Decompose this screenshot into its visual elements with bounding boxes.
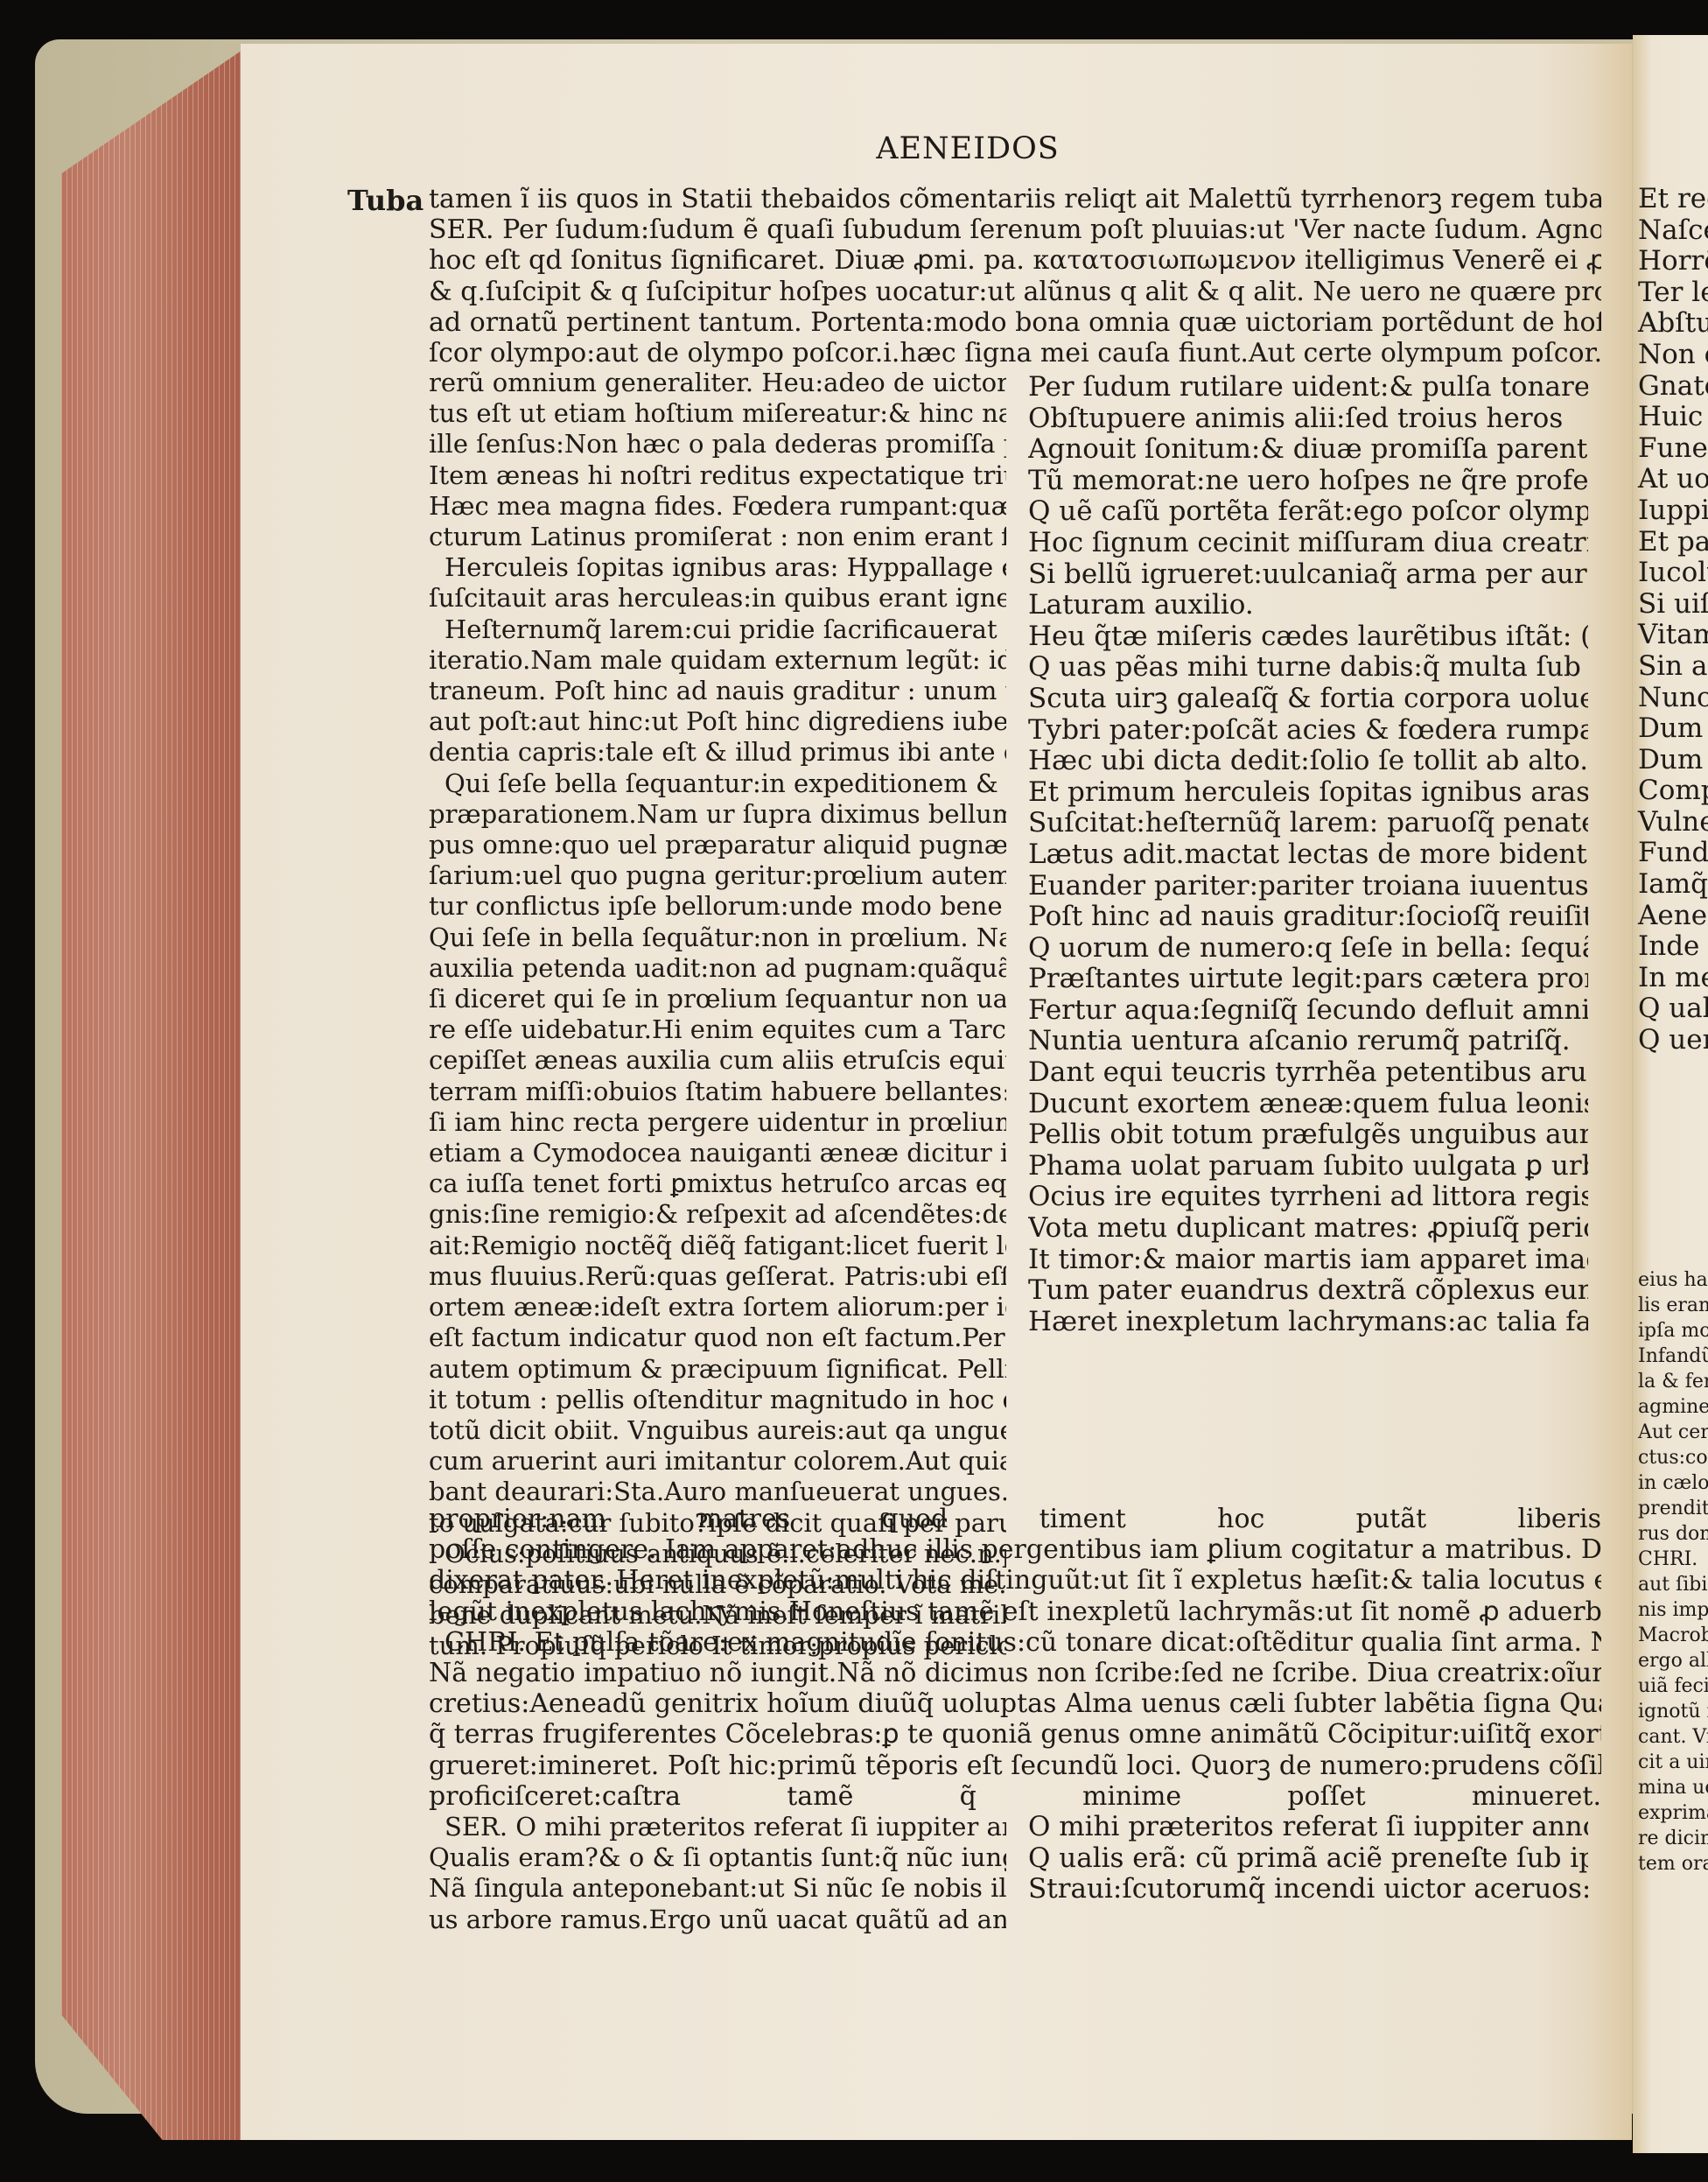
text-line: & q.ſuſcipit & q ſuſcipitur hoſpes uocat…: [429, 277, 1601, 307]
verse-line: Ocius ire equites tyrrheni ad littora re…: [1028, 1182, 1588, 1213]
verse-line: O mihi præteritos referat ſi iuppiter an…: [1028, 1812, 1588, 1843]
commentary-line: it totum : pellis oſtenditur magnitudo i…: [429, 1385, 1006, 1415]
facing-verse-line: Dum te: [1633, 745, 1708, 776]
facing-verse-line: Q uem: [1633, 1025, 1708, 1056]
verse-line: Q uẽ caſũ portẽta ferãt:ego poſcor olymp…: [1028, 496, 1588, 528]
text-line: dixerat pater. Heret inexpletũ:multi hic…: [429, 1565, 1601, 1596]
text-line: SER. Per ſudum:ſudum ẽ quaſi ſubudum ſer…: [429, 214, 1601, 245]
verse-line: Euander pariter:pariter troiana iuuentus…: [1028, 871, 1588, 902]
facing-verse-line: Q ual: [1633, 993, 1708, 1025]
commentary-line: tus eſt ut etiam hoſtium miſereatur:& hi…: [429, 398, 1006, 429]
facing-commentary-line: in cælo h: [1633, 1470, 1708, 1496]
commentary-line: auxilia petenda uadit:non ad pugnam:quãq…: [429, 953, 1006, 984]
verse-line: It timor:& maior martis iam apparet imag…: [1028, 1245, 1588, 1276]
facing-commentary-line: uiã feciſſe: [1633, 1673, 1708, 1699]
verse-line: Fertur aqua:ſegniſq̃ ſecundo defluit amn…: [1028, 995, 1588, 1027]
commentary-line: pus omne:quo uel præparatur aliquid pugn…: [429, 830, 1006, 860]
commentary-bottom-left: SER. O mihi præteritos referat ſi iuppit…: [429, 1812, 1006, 1935]
verse-line: Hoc ſignum cecinit miſſuram diua creatri…: [1028, 528, 1588, 559]
facing-verse-line: Naſce: [1633, 215, 1708, 247]
text-line: tamen ĩ iis quos in Statii thebaidos cõm…: [429, 184, 1601, 214]
commentary-left-column: rerũ omnium generaliter. Heu:adeo de uic…: [429, 368, 1006, 1662]
commentary-line: dentia capris:tale eſt & illud primus ib…: [429, 737, 1006, 768]
facing-verse-line: Abſtul: [1633, 308, 1708, 340]
commentary-line: ſarium:uel quo pugna geritur:prœlium aut…: [429, 860, 1006, 891]
commentary-line: cturum Latinus promiſerat : non enim era…: [429, 522, 1006, 552]
facing-commentary-line: aut ſibi r: [1633, 1572, 1708, 1597]
verse-line: Hæret inexpletum lachrymans:ac talia fat…: [1028, 1307, 1588, 1338]
verse-line: Q uas pẽas mihi turne dabis:q̃ multa ſub…: [1028, 652, 1588, 684]
facing-page-fragment: Et regeNaſceHorrẽTer letAbſtulNon egGnat…: [1633, 35, 1708, 2153]
commentary-line: Item æneas hi noſtri reditus expectatiqu…: [429, 460, 1006, 491]
verse-line: Obſtupuere animis alii:ſed troius heros: [1028, 403, 1588, 435]
facing-verse-line: Nunc r: [1633, 683, 1708, 714]
verse-line: Q uorum de numero:q ſeſe in bella: ſequã…: [1028, 933, 1588, 965]
commentary-line: iteratio.Nam male quidam externum legũt:…: [429, 645, 1006, 676]
facing-verse-line: Et patr: [1633, 527, 1708, 558]
facing-verse-line: Non eg: [1633, 340, 1708, 371]
commentary-line: ſuſcitauit aras herculeas:in quibus eran…: [429, 583, 1006, 614]
commentary-line: re eſſe uidebatur.Hi enim equites cum a …: [429, 1014, 1006, 1045]
text-line: ad ornatũ pertinent tantum. Portenta:mod…: [429, 307, 1601, 338]
commentary-line: autem optimum & præcipuum ſignificat. Pe…: [429, 1354, 1006, 1385]
facing-verse-line: Iucolut: [1633, 558, 1708, 589]
verse-line: Præſtantes uirtute legit:pars cætera pro…: [1028, 964, 1588, 995]
facing-verse-line: Huic c: [1633, 402, 1708, 433]
commentary-line: mus fluuius.Rerũ:quas geſſerat. Patris:u…: [429, 1261, 1006, 1292]
commentary-middle-block: proprior:nam matres quod timent hoc putã…: [429, 1504, 1601, 1812]
facing-commentary-line: tem orat: [1633, 1851, 1708, 1877]
facing-commentary-line: eius hab: [1633, 1267, 1708, 1293]
facing-commentary-line: agmine p: [1633, 1394, 1708, 1420]
commentary-line: Heſternumq̃ larem:cui pridie ſacrificaue…: [429, 614, 1006, 645]
commentary-line: ſi iam hinc recta pergere uidentur in pr…: [429, 1107, 1006, 1138]
commentary-line: Nã ſingula anteponebant:ut Si nũc ſe nob…: [429, 1873, 1006, 1904]
commentary-line: Qui ſeſe bella ſequantur:in expeditionem…: [429, 768, 1006, 799]
verse-line: Laturam auxilio.: [1028, 590, 1588, 621]
red-fore-edge: [61, 48, 245, 2140]
text-line: proprior:nam matres quod timent hoc putã…: [429, 1504, 1601, 1534]
text-line: poſſe contingere. Iam apparet:adhuc illi…: [429, 1534, 1601, 1565]
commentary-line: gnis:ſine remigio:& reſpexit ad aſcendẽt…: [429, 1199, 1006, 1230]
commentary-line: Herculeis ſopitas ignibus aras: Hyppalla…: [429, 552, 1006, 583]
commentary-line: rerũ omnium generaliter. Heu:adeo de uic…: [429, 368, 1006, 398]
verse-line: Heu q̃tæ miſeris cædes laurẽtibus iſtãt:…: [1028, 621, 1588, 653]
facing-verse-line: Sin alic: [1633, 651, 1708, 683]
facing-verse-line: Ter let: [1633, 277, 1708, 309]
facing-verse-line: Aeneas: [1633, 901, 1708, 932]
commentary-line: SER. O mihi præteritos referat ſi iuppit…: [429, 1812, 1006, 1842]
commentary-line: Qui ſeſe in bella ſequãtur:non in prœliu…: [429, 923, 1006, 953]
commentary-line: ille ſenſus:Non hæc o pala dederas promi…: [429, 429, 1006, 460]
facing-commentary-line: exprimat: [1633, 1800, 1708, 1826]
verse-line: Lætus adit.mactat lectas de more bidente…: [1028, 839, 1588, 871]
facing-verse-line: Vulne: [1633, 807, 1708, 838]
text-line: q̃ terras frugiferentes Cõcelebras:ꝑ te …: [429, 1719, 1601, 1750]
verse-line: Per ſudum rutilare uident:& pulſa tonare…: [1028, 372, 1588, 403]
commentary-line: Hæc mea magna fides. Fœdera rumpant:quæ …: [429, 491, 1006, 522]
facing-verse-line: Iuppite: [1633, 495, 1708, 527]
facing-commentary-line: re dicim: [1633, 1826, 1708, 1851]
facing-commentary-line: CHRI.: [1633, 1547, 1708, 1572]
commentary-line: ait:Remigio noctẽq̃ diẽq̃ fatigant:licet…: [429, 1231, 1006, 1261]
text-line: hoc eſt qd ſonitus ſignificaret. Diuæ ꝓm…: [429, 245, 1601, 276]
facing-verse-line: At uos: [1633, 464, 1708, 495]
commentary-line: cum aruerint auri imitantur colorem.Aut …: [429, 1446, 1006, 1477]
facing-commentary-line: prenditur: [1633, 1496, 1708, 1521]
facing-commentary-line: Aut certe: [1633, 1420, 1708, 1445]
verse-line: Tũ memorat:ne uero hoſpes ne q̃re profec…: [1028, 466, 1588, 497]
verse-line: Agnouit ſonitum:& diuæ promiſſa parentis…: [1028, 434, 1588, 466]
facing-verse-line: Funera: [1633, 433, 1708, 465]
commentary-top-block: tamen ĩ iis quos in Statii thebaidos cõm…: [429, 184, 1601, 368]
verse-line: Vota metu duplicant matres: ꝓpiuſq̃ peri…: [1028, 1213, 1588, 1245]
facing-verse-line: Vitam: [1633, 620, 1708, 651]
facing-commentary-line: mina ueſ: [1633, 1775, 1708, 1800]
commentary-line: eſt factum indicatur quod non eſt factum…: [429, 1323, 1006, 1353]
verse-line: Tum pater euandrus dextrã cõplexus eunti…: [1028, 1275, 1588, 1307]
facing-verse-line: Inde al: [1633, 931, 1708, 963]
facing-verse-line: Funde: [1633, 838, 1708, 869]
commentary-line: etiam a Cymodocea nauiganti æneæ dicitur…: [429, 1138, 1006, 1168]
facing-commentary-lines: eius hablis eramipſa monInfandũla & fera…: [1633, 1267, 1708, 1877]
verse-line: Pellis obit totum præfulgẽs unguibus aur…: [1028, 1119, 1588, 1151]
commentary-line: tur conflictus ipſe bellorum:unde modo b…: [429, 891, 1006, 922]
facing-verse-line: Gnate: [1633, 371, 1708, 403]
verse-line: Si bellũ igrueret:uulcaniaq̃ arma per au…: [1028, 559, 1588, 591]
facing-commentary-line: cit a uiro: [1633, 1750, 1708, 1775]
text-line: proficiſceret:caſtra tamẽ q̃ minime poſſ…: [429, 1781, 1601, 1812]
verse-right-column: Per ſudum rutilare uident:& pulſa tonare…: [1028, 372, 1588, 1337]
verse-line: Nuntia uentura aſcanio rerumq̃ patriſq̃.: [1028, 1026, 1588, 1057]
verse-line: Phama uolat paruam ſubito uulgata ꝑ urbẽ: [1028, 1151, 1588, 1182]
commentary-line: Qualis eram?& o & ſi optantis ſunt:q̃ nũ…: [429, 1842, 1006, 1873]
facing-verse-line: Et rege: [1633, 184, 1708, 215]
facing-commentary-line: la & fera:: [1633, 1369, 1708, 1394]
commentary-line: totũ dicit obiit. Vnguibus aureis:aut qa…: [429, 1415, 1006, 1446]
verse-line: Straui:ſcutorumq̃ incendi uictor aceruos…: [1028, 1874, 1588, 1905]
commentary-line: ca iuſſa tenet forti ꝑmixtus hetruſco ar…: [429, 1168, 1006, 1199]
verse-line: Dant equi teucris tyrrhẽa petentibus aru…: [1028, 1057, 1588, 1089]
running-head: AENEIDOS: [0, 131, 1708, 166]
commentary-line: cepiſſet æneas auxilia cum aliis etruſci…: [429, 1045, 1006, 1076]
verse-line: Tybri pater:poſcãt acies & fœdera rumpan…: [1028, 715, 1588, 747]
facing-verse-line: In med: [1633, 963, 1708, 994]
facing-verse-lines: Et regeNaſceHorrẽTer letAbſtulNon egGnat…: [1633, 184, 1708, 1056]
text-line: ſcor olympo:aut de olympo poſcor.i.hæc ſ…: [429, 338, 1601, 368]
verse-line: Ducunt exortem æneæ:quem fulua leonis: [1028, 1089, 1588, 1120]
verse-line: Q ualis erã: cũ primã aciẽ preneſte ſub …: [1028, 1843, 1588, 1875]
facing-commentary-line: Macrobi: [1633, 1623, 1708, 1648]
commentary-line: ortem æneæ:ideſt extra ſortem aliorum:pe…: [429, 1292, 1006, 1323]
text-line: Nã negatio impatiuo nõ iungit.Nã nõ dici…: [429, 1658, 1601, 1688]
verse-bottom-right: O mihi præteritos referat ſi iuppiter an…: [1028, 1812, 1588, 1905]
facing-commentary-line: lis eram: [1633, 1293, 1708, 1318]
facing-commentary-line: cant. Vi: [1633, 1724, 1708, 1750]
commentary-line: ſi diceret qui ſe in prœlium ſequantur n…: [429, 984, 1006, 1014]
commentary-line: us arbore ramus.Ergo unũ uacat quãtũ ad …: [429, 1905, 1006, 1935]
commentary-line: traneum. Poſt hinc ad nauis graditur : u…: [429, 676, 1006, 706]
verse-line: Hæc ubi dicta dedit:ſolio ſe tollit ab a…: [1028, 746, 1588, 777]
facing-commentary-line: ctus:conſ: [1633, 1445, 1708, 1470]
facing-commentary-line: rus dom: [1633, 1521, 1708, 1547]
verse-line: Scuta uirꝫ galeaſq̃ & fortia corpora uol…: [1028, 684, 1588, 715]
commentary-line: aut poſt:aut hinc:ut Poſt hinc digredien…: [429, 706, 1006, 737]
facing-verse-line: Horrẽ: [1633, 246, 1708, 277]
verse-line: Et primum herculeis ſopitas ignibus aras: [1028, 777, 1588, 809]
text-line: grueret:imineret. Poſt hic:primũ tẽporis…: [429, 1751, 1601, 1781]
facing-verse-line: Dum c: [1633, 713, 1708, 745]
facing-commentary-line: Infandũ: [1633, 1344, 1708, 1369]
facing-commentary-line: ignotũ ſe: [1633, 1699, 1708, 1724]
commentary-line: præparationem.Nam ur ſupra diximus bellu…: [429, 799, 1006, 830]
facing-verse-line: Compl: [1633, 775, 1708, 807]
verse-line: Poſt hinc ad nauis graditur:ſocioſq̃ reu…: [1028, 902, 1588, 933]
facing-verse-line: Si uiſur: [1633, 589, 1708, 621]
facing-commentary-line: ergo albi: [1633, 1648, 1708, 1673]
text-line: legũt inexpletus lachrymis.Honeſtius tam…: [429, 1596, 1601, 1627]
facing-commentary-line: ipſa mon: [1633, 1318, 1708, 1344]
text-line: CHRI. Et pulſa tõare:ex magnitudĩe ſonit…: [429, 1627, 1601, 1658]
verse-line: Suſcitat:heſternũq̃ larem: paruoſq̃ pena…: [1028, 808, 1588, 839]
marginal-note: Tuba: [347, 184, 423, 217]
facing-commentary-line: nis imper: [1633, 1597, 1708, 1623]
text-line: cretius:Aeneadũ genitrix hoĩum diuũq̃ uo…: [429, 1688, 1601, 1719]
facing-verse-line: Iamq̃: [1633, 869, 1708, 901]
commentary-line: terram miſſi:obuios ſtatim habuere bella…: [429, 1077, 1006, 1107]
